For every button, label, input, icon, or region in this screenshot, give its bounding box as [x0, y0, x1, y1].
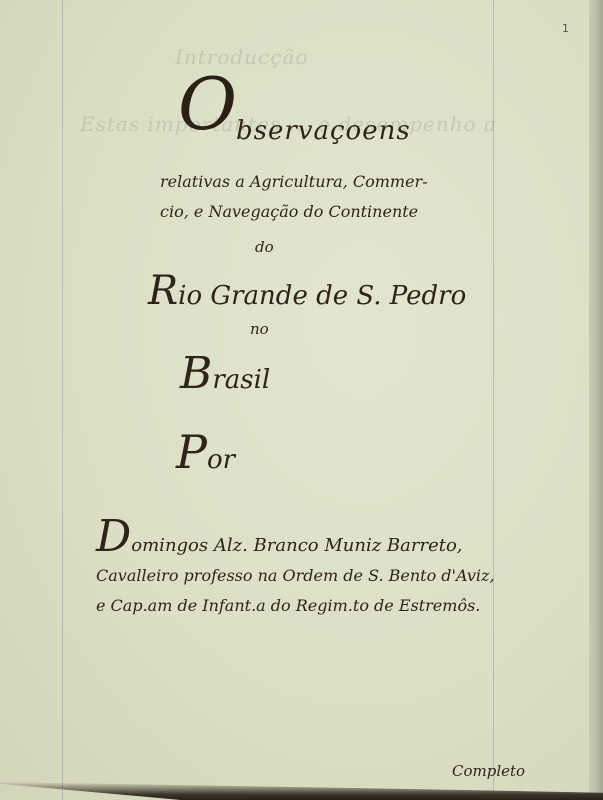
- author-line-3: e Cap.am de Infant.a do Regim.to de Estr…: [96, 596, 480, 615]
- author-name: omingos Alz. Branco Muniz Barreto,: [131, 535, 462, 556]
- title-line-2: relativas a Agricultura, Commer-: [160, 172, 428, 191]
- left-margin-rule: [62, 0, 63, 800]
- title-line-3: cio, e Navegação do Continente: [160, 202, 418, 221]
- manuscript-page: Introducção Estas importantes ... o dese…: [0, 0, 603, 800]
- by-word: or: [207, 445, 235, 475]
- by-initial: P: [176, 425, 207, 479]
- title-initial: O: [178, 68, 237, 140]
- title-line-5: Rio Grande de S. Pedro: [148, 268, 466, 314]
- folio-number: 1: [562, 22, 569, 35]
- author-line-2: Cavalleiro professo na Ordem de S. Bento…: [96, 566, 495, 585]
- place-name: io Grande de S. Pedro: [178, 281, 466, 311]
- place-initial: R: [148, 268, 178, 314]
- title-line-6: no: [250, 320, 269, 338]
- title-word: bservaçoens: [236, 116, 411, 146]
- author-line-1: Domingos Alz. Branco Muniz Barreto,: [96, 515, 463, 559]
- completion-note: Completo: [452, 762, 525, 780]
- page-edge: [589, 0, 603, 800]
- title-line-4: do: [255, 238, 274, 256]
- country-name: rasil: [212, 365, 270, 395]
- page-bottom-shadow: [0, 782, 603, 800]
- author-initial: D: [96, 511, 131, 562]
- title-line-7: Brasil: [180, 348, 270, 399]
- title-line-8: Por: [176, 425, 235, 479]
- country-initial: B: [180, 348, 212, 399]
